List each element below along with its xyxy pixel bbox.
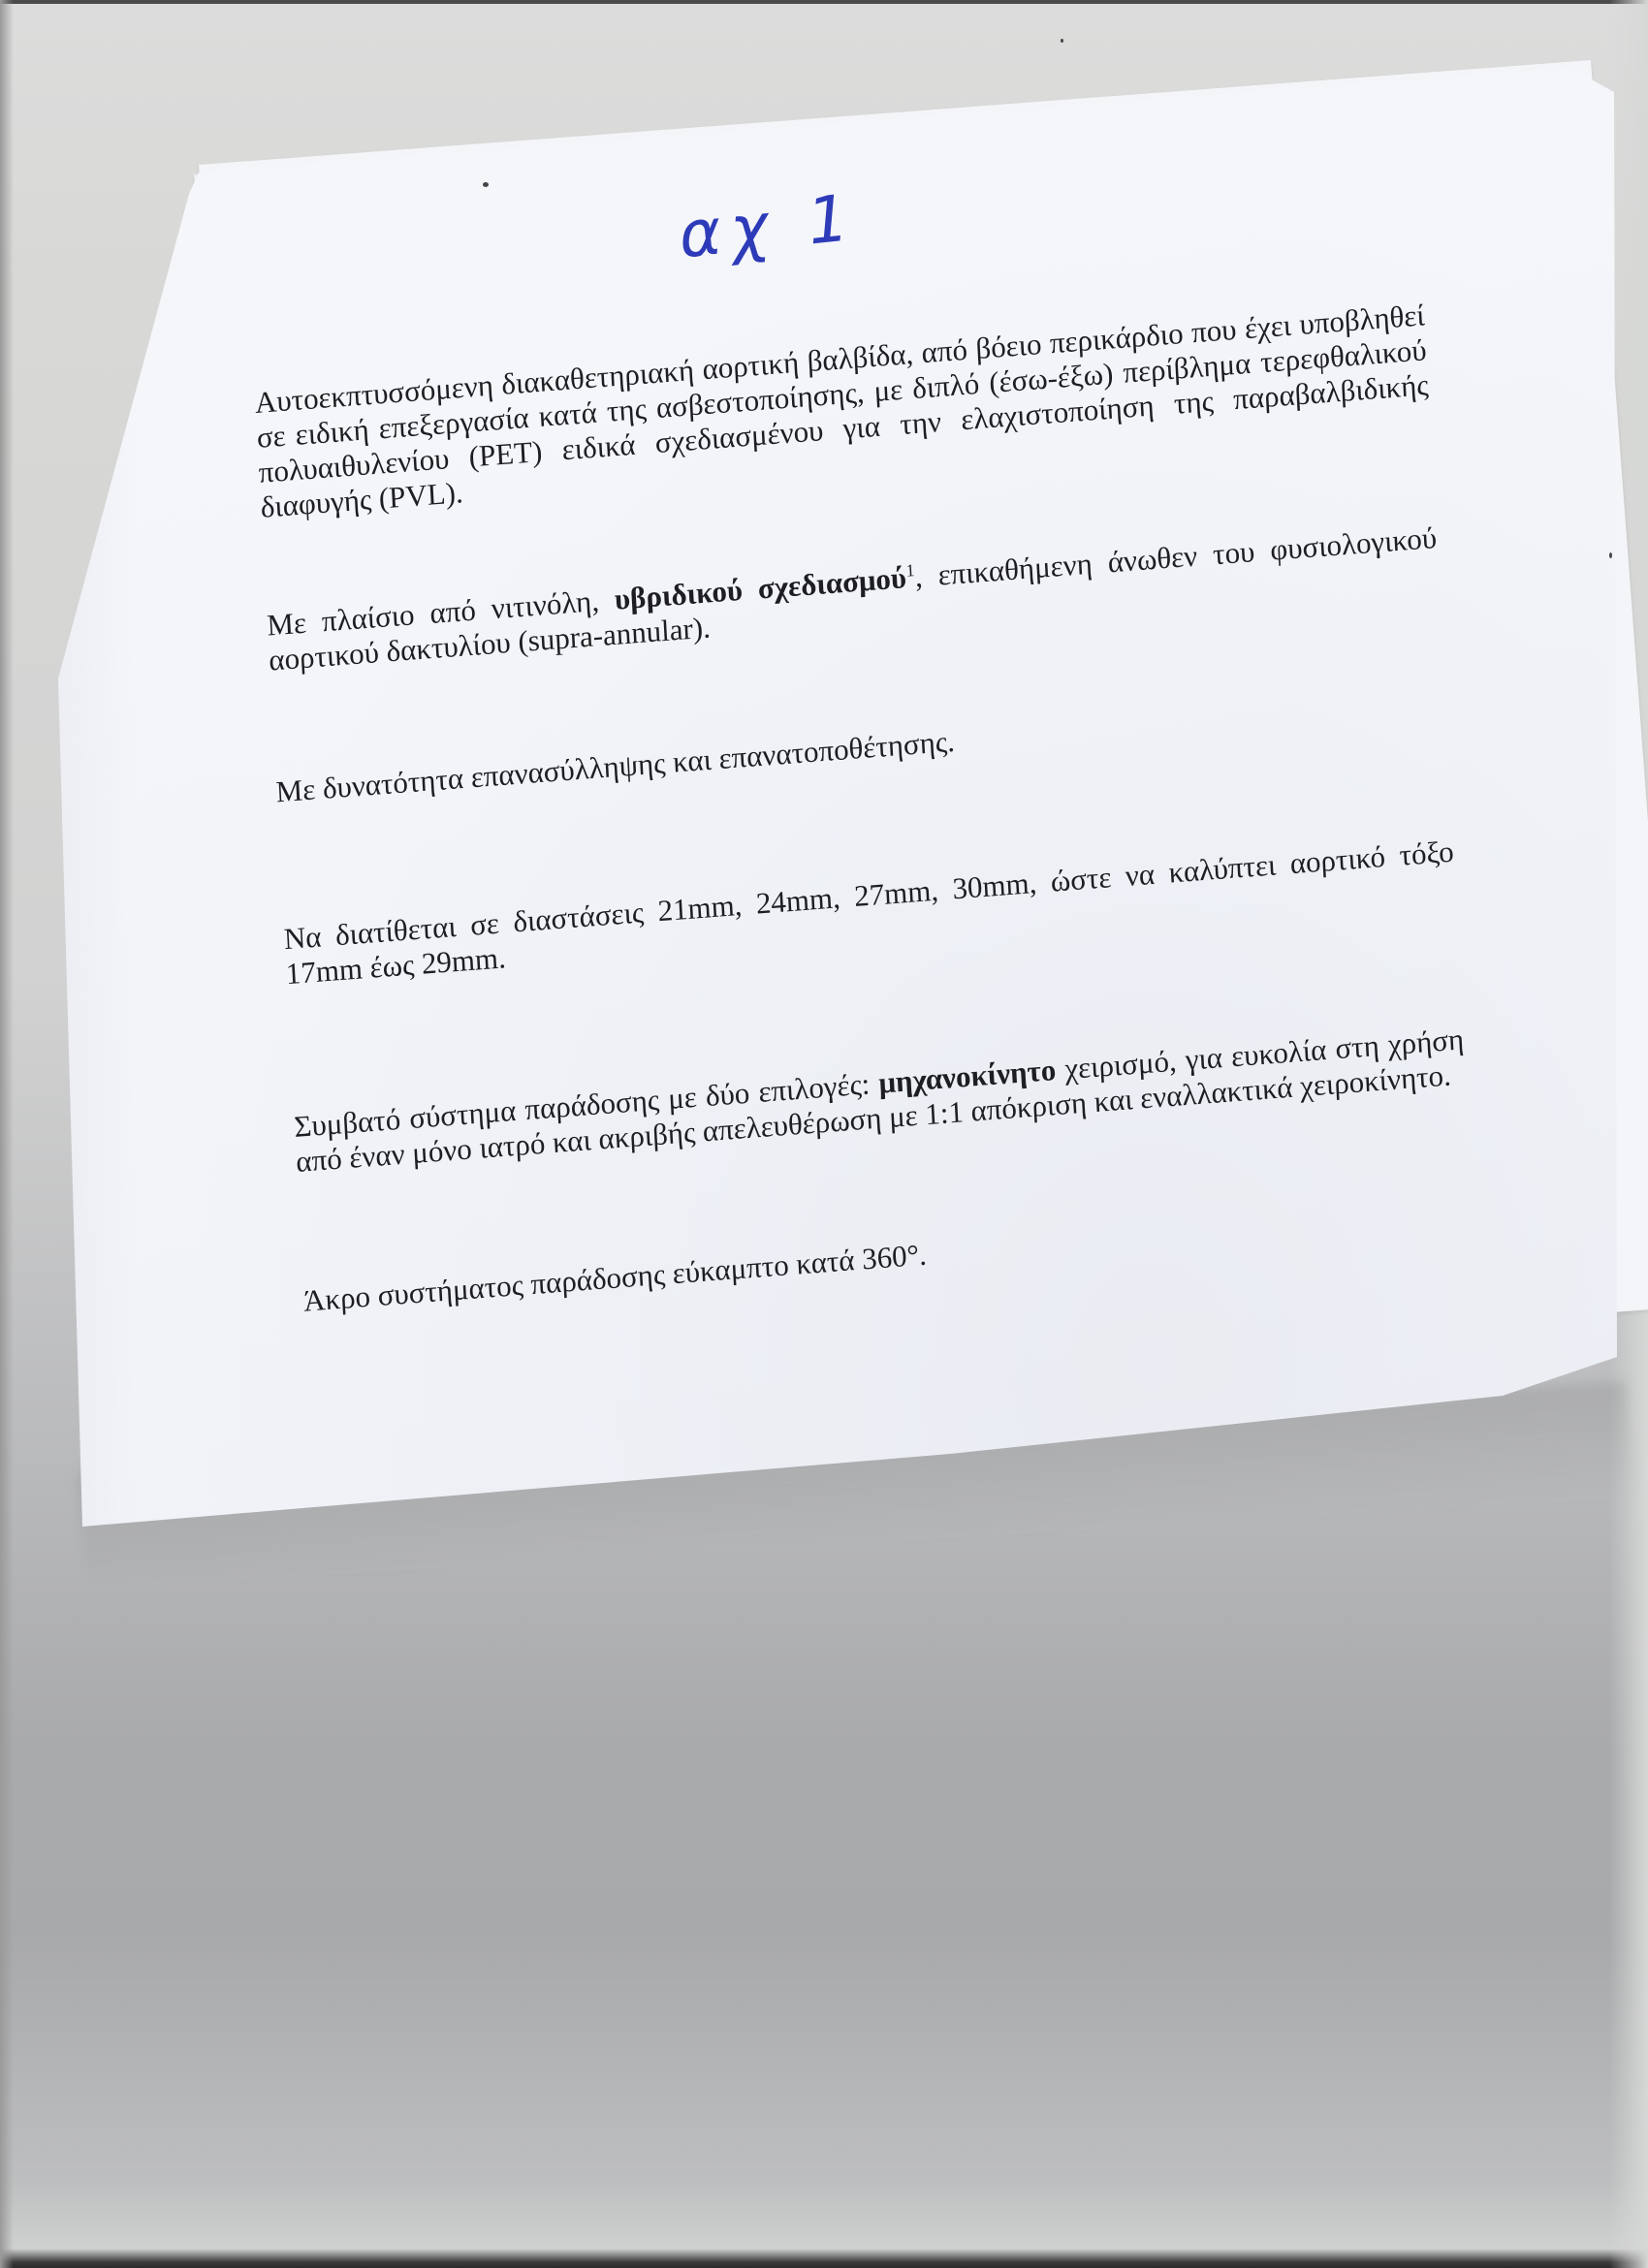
dust-speck bbox=[483, 182, 489, 187]
scanner-top-edge bbox=[0, 0, 1648, 4]
dust-speck bbox=[1609, 552, 1612, 558]
paragraph-sizes: Να διατίθεται σε διαστάσεις 21mm, 24mm, … bbox=[283, 835, 1456, 992]
dust-speck bbox=[1061, 39, 1063, 43]
scanner-left-edge bbox=[0, 0, 14, 2268]
paragraph-frame: Με πλαίσιο από νιτινόλη, υβριδικού σχεδι… bbox=[266, 520, 1439, 678]
text-segment: Με δυνατότητα επανασύλληψης και επανατοπ… bbox=[275, 724, 956, 809]
document-body: Αυτοεκπτυσσόμενη διακαθετηριακή αορτική … bbox=[254, 298, 1474, 1319]
bold-term-hybrid-design: υβριδικού σχεδιασμού bbox=[614, 560, 907, 616]
text-segment: Να διατίθεται σε διαστάσεις 21mm, 24mm, … bbox=[283, 835, 1454, 992]
paragraph-recapture: Με δυνατότητα επανασύλληψης και επανατοπ… bbox=[275, 687, 1447, 810]
paragraph-delivery-system: Συμβατό σύστημα παράδοσης με δύο επιλογέ… bbox=[293, 1022, 1466, 1180]
